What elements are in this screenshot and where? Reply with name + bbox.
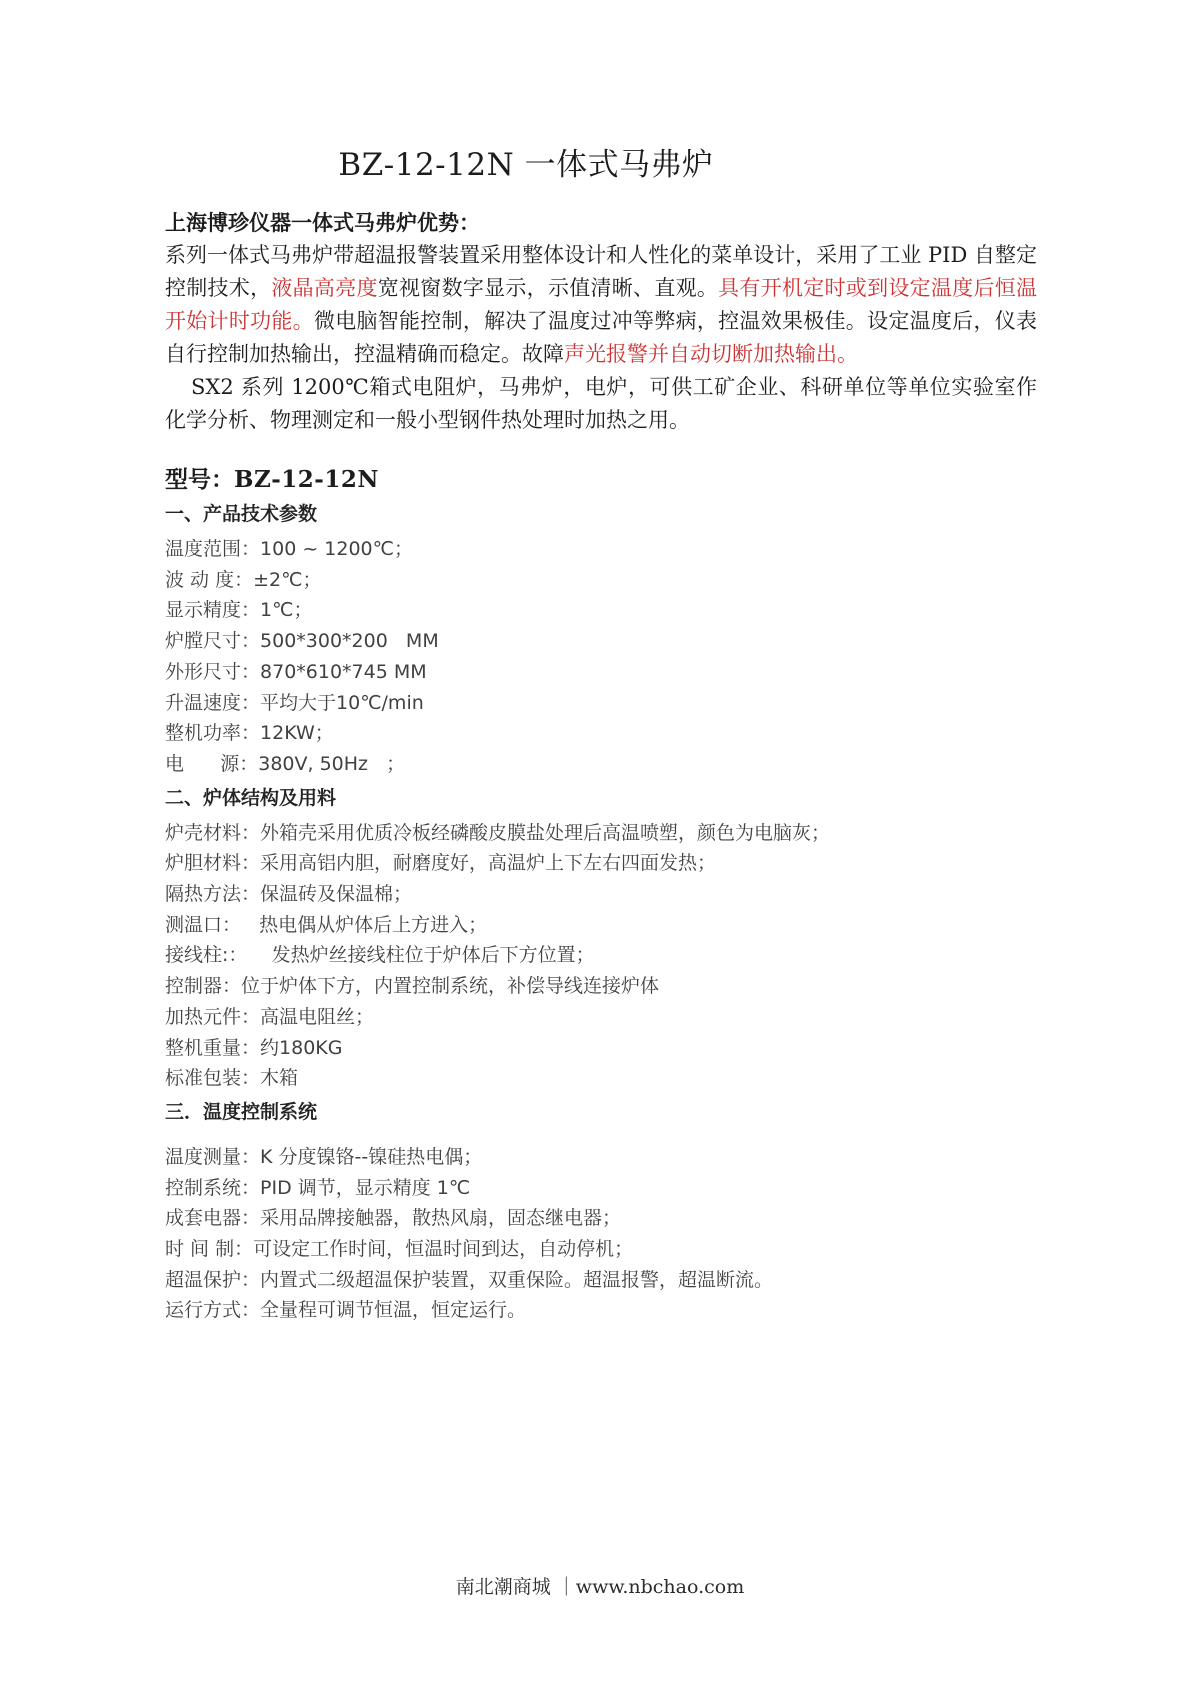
model-heading: 型号：BZ-12-12N <box>165 464 1037 496</box>
spec-label: 测温口： <box>165 914 241 936</box>
spec-row: 时 间 制：可设定工作时间，恒温时间到达，自动停机； <box>165 1234 1037 1265</box>
highlighted-red-text: 声光报警并自动切断加热输出。 <box>564 342 858 366</box>
spec-label: 温度测量： <box>165 1146 260 1168</box>
spec-value: 发热炉丝接线柱位于炉体后下方位置； <box>247 944 594 966</box>
spec-value: 约180KG <box>260 1037 342 1059</box>
spec-label: 升温速度： <box>165 692 260 714</box>
spec-label: 炉壳材料： <box>165 822 260 844</box>
spec-label: 隔热方法： <box>165 883 260 905</box>
spec-row: 运行方式：全量程可调节恒温，恒定运行。 <box>165 1295 1037 1326</box>
spec-row: 升温速度：平均大于10℃/min <box>165 688 1037 719</box>
spec-value: 1℃； <box>260 599 312 621</box>
spec-label: 炉膛尺寸： <box>165 630 260 652</box>
paragraph-text: 宽视窗数字显示，示值清晰、直观。 <box>378 276 718 300</box>
spec-label: 电 源： <box>165 753 258 775</box>
spec-label: 标准包装： <box>165 1067 260 1089</box>
document-title: BZ-12-12N 一体式马弗炉 <box>165 145 1037 185</box>
spec-value: 全量程可调节恒温，恒定运行。 <box>260 1299 526 1321</box>
spec-label: 显示精度： <box>165 599 260 621</box>
spec-label: 接线柱:： <box>165 944 247 966</box>
page-footer: 南北潮商城 ｜www.nbchao.com <box>0 1572 1200 1599</box>
series-paragraph: SX2 系列 1200℃箱式电阻炉，马弗炉，电炉，可供工矿企业、科研单位等单位实… <box>165 371 1037 437</box>
spec-section: 一、产品技术参数温度范围：100 ~ 1200℃；波 动 度：±2℃；显示精度：… <box>165 499 1037 780</box>
spec-row: 成套电器：采用品牌接触器，散热风扇，固态继电器； <box>165 1203 1037 1234</box>
spec-label: 外形尺寸： <box>165 661 260 683</box>
spec-value: 12KW； <box>260 722 334 744</box>
spec-row: 加热元件：高温电阻丝； <box>165 1002 1037 1033</box>
spec-value: 500*300*200 MM <box>260 630 439 652</box>
spec-row: 整机重量：约180KG <box>165 1033 1037 1064</box>
spec-row: 外形尺寸：870*610*745 MM <box>165 657 1037 688</box>
spec-value: 位于炉体下方，内置控制系统，补偿导线连接炉体 <box>241 975 659 997</box>
spec-label: 控制系统： <box>165 1177 260 1199</box>
spec-value: 木箱 <box>260 1067 298 1089</box>
spec-value: 可设定工作时间，恒温时间到达，自动停机； <box>253 1238 633 1260</box>
spec-section: 三．温度控制系统温度测量：K 分度镍铬--镍硅热电偶；控制系统：PID 调节，显… <box>165 1097 1037 1326</box>
spec-value: 热电偶从炉体后上方进入； <box>241 914 487 936</box>
highlighted-red-text: 液晶高亮度 <box>271 276 377 300</box>
spec-value: 采用高铝内胆，耐磨度好，高温炉上下左右四面发热； <box>260 852 716 874</box>
spec-row: 温度范围：100 ~ 1200℃； <box>165 534 1037 565</box>
spec-sections: 一、产品技术参数温度范围：100 ~ 1200℃；波 动 度：±2℃；显示精度：… <box>165 499 1037 1326</box>
spec-row: 炉胆材料：采用高铝内胆，耐磨度好，高温炉上下左右四面发热； <box>165 848 1037 879</box>
spec-row: 控制器：位于炉体下方，内置控制系统，补偿导线连接炉体 <box>165 971 1037 1002</box>
spec-value: 平均大于10℃/min <box>260 692 424 714</box>
spec-value: ±2℃； <box>253 569 321 591</box>
spec-label: 温度范围： <box>165 538 260 560</box>
spec-value: 内置式二级超温保护装置，双重保险。超温报警，超温断流。 <box>260 1269 773 1291</box>
spec-value: 高温电阻丝； <box>260 1006 374 1028</box>
section-title: 一、产品技术参数 <box>165 499 1037 530</box>
spec-label: 波 动 度： <box>165 569 253 591</box>
spec-value: 870*610*745 MM <box>260 661 427 683</box>
spec-label: 加热元件： <box>165 1006 260 1028</box>
spec-list: 炉壳材料：外箱壳采用优质冷板经磷酸皮膜盐处理后高温喷塑，颜色为电脑灰；炉胆材料：… <box>165 818 1037 1094</box>
spec-row: 整机功率：12KW； <box>165 718 1037 749</box>
spec-row: 波 动 度：±2℃； <box>165 565 1037 596</box>
spec-label: 整机重量： <box>165 1037 260 1059</box>
spec-row: 测温口： 热电偶从炉体后上方进入； <box>165 910 1037 941</box>
section-title: 二、炉体结构及用料 <box>165 783 1037 814</box>
spec-section: 二、炉体结构及用料炉壳材料：外箱壳采用优质冷板经磷酸皮膜盐处理后高温喷塑，颜色为… <box>165 783 1037 1094</box>
spec-value: 380V, 50Hz ； <box>258 753 405 775</box>
intro-heading: 上海博珍仪器一体式马弗炉优势： <box>165 206 1037 239</box>
spec-value: 保温砖及保温棉； <box>260 883 412 905</box>
spec-label: 炉胆材料： <box>165 852 260 874</box>
spec-row: 隔热方法：保温砖及保温棉； <box>165 879 1037 910</box>
spec-value: K 分度镍铬--镍硅热电偶； <box>260 1146 482 1168</box>
spec-row: 炉膛尺寸：500*300*200 MM <box>165 626 1037 657</box>
spec-label: 超温保护： <box>165 1269 260 1291</box>
spec-value: PID 调节，显示精度 1℃ <box>260 1177 470 1199</box>
spec-row: 炉壳材料：外箱壳采用优质冷板经磷酸皮膜盐处理后高温喷塑，颜色为电脑灰； <box>165 818 1037 849</box>
spec-row: 电 源：380V, 50Hz ； <box>165 749 1037 780</box>
spec-value: 100 ~ 1200℃； <box>260 538 413 560</box>
spec-value: 外箱壳采用优质冷板经磷酸皮膜盐处理后高温喷塑，颜色为电脑灰； <box>260 822 830 844</box>
spec-row: 温度测量：K 分度镍铬--镍硅热电偶； <box>165 1142 1037 1173</box>
spec-label: 时 间 制： <box>165 1238 253 1260</box>
spec-row: 标准包装：木箱 <box>165 1063 1037 1094</box>
spec-row: 显示精度：1℃； <box>165 595 1037 626</box>
spec-list: 温度测量：K 分度镍铬--镍硅热电偶；控制系统：PID 调节，显示精度 1℃成套… <box>165 1142 1037 1326</box>
spec-label: 控制器： <box>165 975 241 997</box>
spec-label: 整机功率： <box>165 722 260 744</box>
spec-list: 温度范围：100 ~ 1200℃；波 动 度：±2℃；显示精度：1℃；炉膛尺寸：… <box>165 534 1037 780</box>
model-label: 型号： <box>165 466 234 493</box>
intro-paragraph: 系列一体式马弗炉带超温报警装置采用整体设计和人性化的菜单设计，采用了工业 PID… <box>165 239 1037 371</box>
section-title: 三．温度控制系统 <box>165 1097 1037 1128</box>
spec-label: 运行方式： <box>165 1299 260 1321</box>
model-number: BZ-12-12N <box>234 466 379 493</box>
footer-text: 南北潮商城 ｜www.nbchao.com <box>456 1576 744 1598</box>
spec-label: 成套电器： <box>165 1207 260 1229</box>
spec-row: 超温保护：内置式二级超温保护装置，双重保险。超温报警，超温断流。 <box>165 1265 1037 1296</box>
document-content: BZ-12-12N 一体式马弗炉 上海博珍仪器一体式马弗炉优势： 系列一体式马弗… <box>165 0 1037 1326</box>
spec-row: 控制系统：PID 调节，显示精度 1℃ <box>165 1173 1037 1204</box>
spec-row: 接线柱:： 发热炉丝接线柱位于炉体后下方位置； <box>165 940 1037 971</box>
spec-value: 采用品牌接触器，散热风扇，固态继电器； <box>260 1207 621 1229</box>
